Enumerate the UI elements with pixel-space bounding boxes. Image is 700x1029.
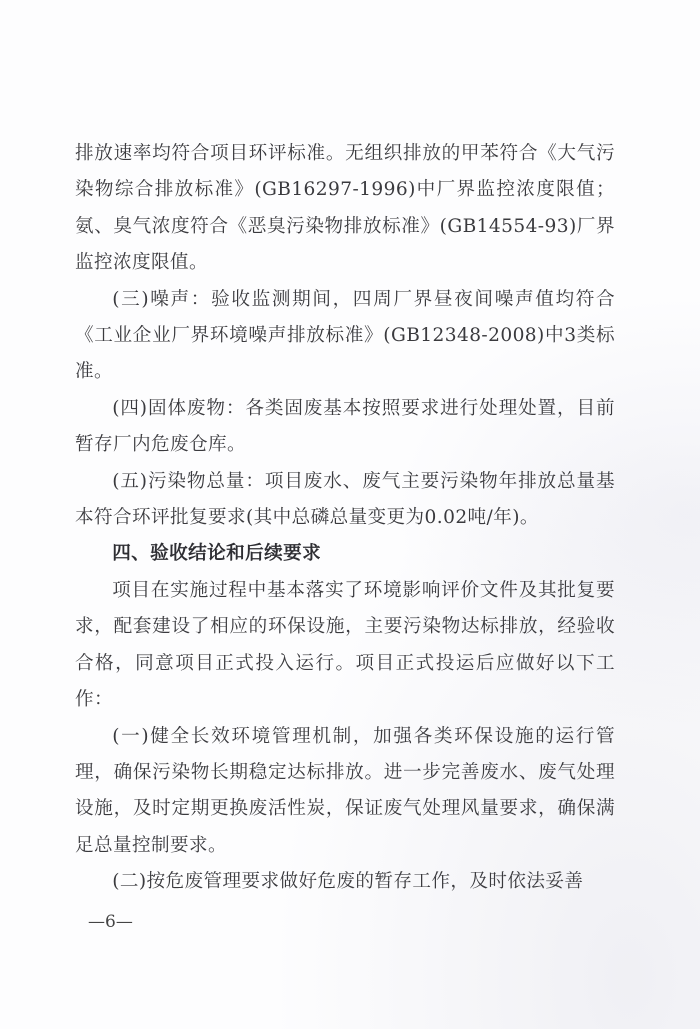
section-heading: 四、验收结论和后续要求 — [75, 536, 615, 572]
paragraph-conclusion: 项目在实施过程中基本落实了环境影响评价文件及其批复要求，配套建设了相应的环保设施… — [75, 573, 615, 719]
paragraph-solid-waste: (四)固体废物：各类固废基本按照要求进行处理处置，目前暂存厂内危废仓库。 — [75, 391, 615, 464]
paragraph-noise: (三)噪声：验收监测期间，四周厂界昼夜间噪声值均符合《工业企业厂界环境噪声排放标… — [75, 282, 615, 391]
paragraph-requirement-2: (二)按危废管理要求做好危废的暂存工作，及时依法妥善 — [75, 864, 615, 900]
page-number: —6— — [88, 912, 133, 932]
document-body: 排放速率均符合项目环评标准。无组织排放的甲苯符合《大气污染物综合排放标准》(GB… — [75, 136, 615, 901]
paragraph-requirement-1: (一)健全长效环境管理机制，加强各类环保设施的运行管理，确保污染物长期稳定达标排… — [75, 719, 615, 865]
paragraph-emissions-continued: 排放速率均符合项目环评标准。无组织排放的甲苯符合《大气污染物综合排放标准》(GB… — [75, 136, 615, 282]
document-page: 排放速率均符合项目环评标准。无组织排放的甲苯符合《大气污染物综合排放标准》(GB… — [0, 0, 700, 1029]
paragraph-total-pollutants: (五)污染物总量：项目废水、废气主要污染物年排放总量基本符合环评批复要求(其中总… — [75, 464, 615, 537]
